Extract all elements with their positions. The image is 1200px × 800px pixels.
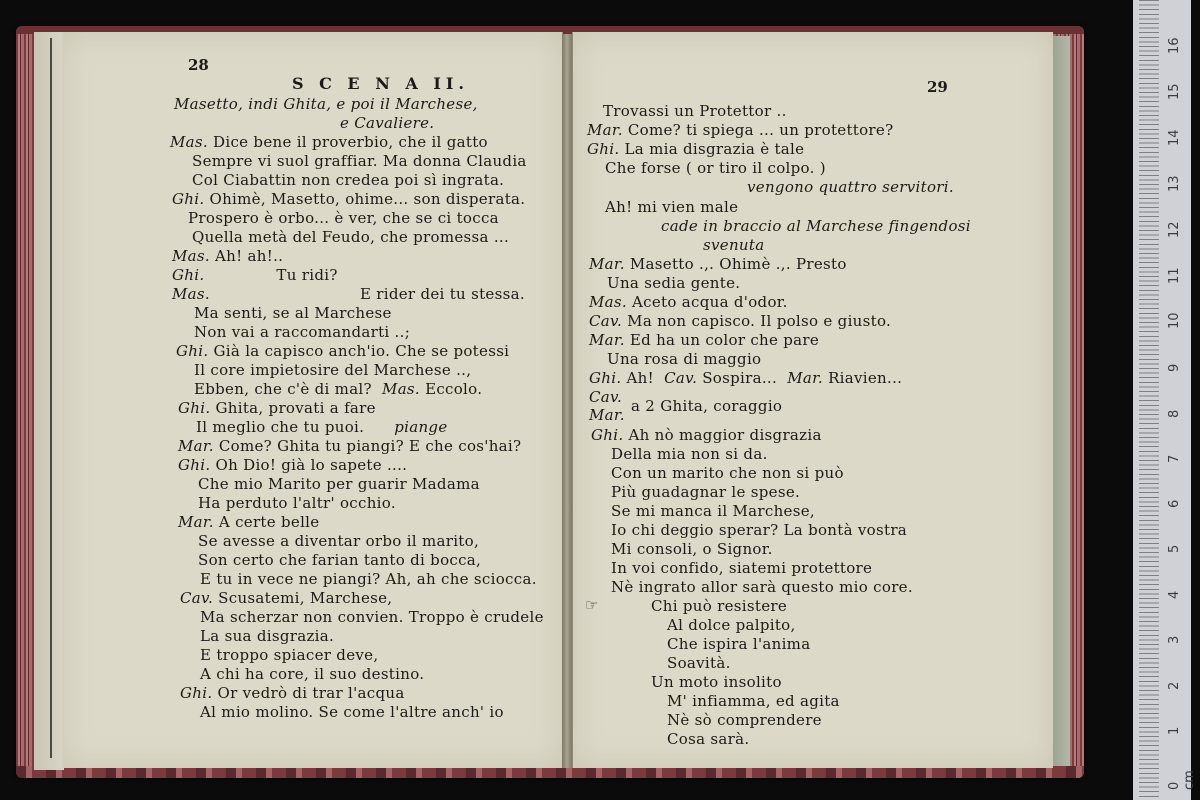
dialogue-line: Ghi. Or vedrò di trar l'acqua [180,684,405,702]
dialogue-line: Io chi deggio sperar? La bontà vostra [611,521,907,539]
scene-title: S C E N A II. [292,75,469,93]
dialogue-line: Ghi. Già la capisco anch'io. Che se pote… [176,342,509,360]
speaker: Cav. [589,388,622,406]
speaker: Mar. [178,513,214,531]
dialogue-line: Son certo che farian tanto di bocca, [198,551,481,569]
dialogue-line: Mi consoli, o Signor. [611,540,773,558]
speaker: Mas. [172,247,210,265]
dialogue-line: Ghi. La mia disgrazia è tale [587,140,804,158]
dialogue-line: Con un marito che non si può [611,464,844,482]
dialogue-line: Mas.E rider dei tu stessa. [172,285,525,303]
stage-direction: cade in braccio al Marchese fingendosi [661,217,971,235]
ruler-label: 5 [1167,545,1182,553]
ruler-label: 6 [1167,500,1182,508]
right-endpaper [1050,36,1070,766]
speaker: Cav. [180,589,213,607]
ruler-label: 11 [1167,267,1182,284]
dialogue-line: Ghi. Ah nò maggior disgrazia [591,426,822,444]
dialogue-line: Sempre vi suol graffiar. Ma donna Claudi… [192,152,527,170]
stage-heading: Masetto, indi Ghita, e poi il Marchese, [174,95,478,113]
dialogue-line: Più guadagnar le spese. [611,483,800,501]
dialogue-line: Prospero è orbo... è ver, che se ci tocc… [188,209,499,227]
ruler-label: 3 [1167,636,1182,644]
speaker: Ghi. [176,342,208,360]
dialogue-line: Ghi.Tu ridi? [172,266,338,284]
speaker: Mar. [178,437,214,455]
dialogue-line: A chi ha core, il suo destino. [200,665,424,683]
book-gutter [562,34,572,768]
left-endpaper [34,32,64,770]
ruler-label: 10 [1167,312,1182,329]
verse-line: Chi può resistere [651,597,787,615]
dialogue-line: E tu in vece ne piangi? Ah, ah che scioc… [200,570,537,588]
dialogue-line: Se avesse a diventar orbo il marito, [198,532,479,550]
dialogue-line: Mas. Dice bene il proverbio, che il gatt… [170,133,488,151]
page-number-left: 28 [188,56,209,74]
speaker: Ghi. [172,266,204,284]
ruler-label: 1 [1167,727,1182,735]
dialogue-line: Cav. Ma non capisco. Il polso e giusto. [589,312,891,330]
dialogue-line: Mar. Come? ti spiega ... un protettore? [587,121,893,139]
dialogue-line: Non vai a raccomandarti ..; [194,323,410,341]
verse-line: Cosa sarà. [667,730,749,748]
dialogue-line: Se mi manca il Marchese, [611,502,815,520]
speaker: Mas. [382,380,420,398]
manicule-pointing-hand-icon: ☞ [585,596,598,614]
dialogue-line: Mas. Aceto acqua d'odor. [589,293,788,311]
speaker: Ghi. [591,426,623,444]
verse-line: Che ispira l'anima [667,635,810,653]
ruler-label: 15 [1167,83,1182,100]
left-page: 28 S C E N A II. Masetto, indi Ghita, e … [62,32,563,768]
stage-direction: svenuta [703,236,764,254]
dialogue-line: Una rosa di maggio [607,350,761,368]
dialogue-line: Nè ingrato allor sarà questo mio core. [611,578,913,596]
dialogue-line: Mas. Ah! ah!.. [172,247,283,265]
dialogue-line: E troppo spiacer deve, [200,646,378,664]
dialogue-line: Della mia non si da. [611,445,768,463]
dialogue-line: Ghi. Ohimè, Masetto, ohime... son disper… [172,190,525,208]
dialogue-line: Una sedia gente. [607,274,740,292]
dialogue-line: Ghi. Ah! Cav. Sospira... Mar. Riavien... [589,369,902,387]
dialogue-line: Il meglio che tu puoi.piange [196,418,448,436]
ruler-label: 9 [1167,364,1182,372]
ruler-label: 16 [1167,37,1182,54]
dialogue-line: Ebben, che c'è di mal? Mas. Eccolo. [194,380,482,398]
dialogue-line: Quella metà del Feudo, che promessa ... [192,228,509,246]
speaker: Mar. [589,331,625,349]
ruler-label-0: 0 cm [1167,766,1197,790]
ruler-label: 12 [1167,221,1182,238]
ruler-label: 8 [1167,410,1182,418]
dialogue-line: In voi confido, siatemi protettore [611,559,872,577]
dialogue-line: Che mio Marito per guarir Madama [198,475,480,493]
speaker: Ghi. [180,684,212,702]
ruler-label: 14 [1167,129,1182,146]
speaker: Mar. [589,406,625,424]
speaker: Ghi. [172,190,204,208]
dialogue-line: Mar. A certe belle [178,513,319,531]
dialogue-line: Ma scherzar non convien. Troppo è crudel… [200,608,544,626]
speaker: Mas. [589,293,627,311]
verse-line: Soavità. [667,654,731,672]
speaker: Cav. [664,369,697,387]
speaker: Ghi. [587,140,619,158]
dialogue-line: Mar. Ed ha un color che pare [589,331,819,349]
speaker: Mas. [170,133,208,151]
dialogue-line: Ha perduto l'altr' occhio. [198,494,396,512]
right-page: 29 Trovassi un Protettor .. Mar. Come? t… [572,32,1053,768]
speaker: Ghi. [178,456,210,474]
verse-line: M' infiamma, ed agita [667,692,840,710]
verse-line: Al dolce palpito, [667,616,796,634]
dialogue-line: Che forse ( or tiro il colpo. ) [605,159,826,177]
verse-line: Un moto insolito [651,673,782,691]
speaker: Mar. [787,369,823,387]
dialogue-line: Mar. Come? Ghita tu piangi? E che cos'ha… [178,437,521,455]
ruler-label: 2 [1167,682,1182,690]
speaker: Mar. [587,121,623,139]
ruler-label: 4 [1167,591,1182,599]
dialogue-line: Ghi. Oh Dio! già lo sapete .... [178,456,407,474]
stage-direction: vengono quattro servitori. [747,178,954,196]
page-number-right: 29 [927,78,948,96]
ruler-label: 13 [1167,175,1182,192]
speaker: Mas. [172,285,210,303]
measurement-ruler: 0 cm 1 2 3 4 5 6 7 8 9 10 11 12 13 14 15… [1133,0,1191,800]
speaker: Ghi. [178,399,210,417]
ruler-ticks [1139,0,1159,800]
dialogue-line: Ma senti, se al Marchese [194,304,392,322]
stage-heading-cont: e Cavaliere. [340,114,434,132]
stage-direction: piange [394,418,447,436]
dialogue-line: Cav. Scusatemi, Marchese, [180,589,392,607]
dialogue-line: a 2 Ghita, coraggio [631,397,782,415]
dialogue-line: Trovassi un Protettor .. [603,102,787,120]
ruler-label: 7 [1167,455,1182,463]
dialogue-line: Il core impietosire del Marchese .., [194,361,471,379]
dialogue-line: Ghi. Ghita, provati a fare [178,399,376,417]
dialogue-line: Mar. Masetto .,. Ohimè .,. Presto [589,255,847,273]
dialogue-line: Al mio molino. Se come l'altre anch' io [200,703,504,721]
speaker: Cav. [589,312,622,330]
speaker: Mar. [589,255,625,273]
dialogue-line: Col Ciabattin non credea poi sì ingrata. [192,171,504,189]
verse-line: Nè sò comprendere [667,711,822,729]
dialogue-line: Ah! mi vien male [605,198,738,216]
dialogue-line: La sua disgrazia. [200,627,334,645]
speaker: Ghi. [589,369,621,387]
